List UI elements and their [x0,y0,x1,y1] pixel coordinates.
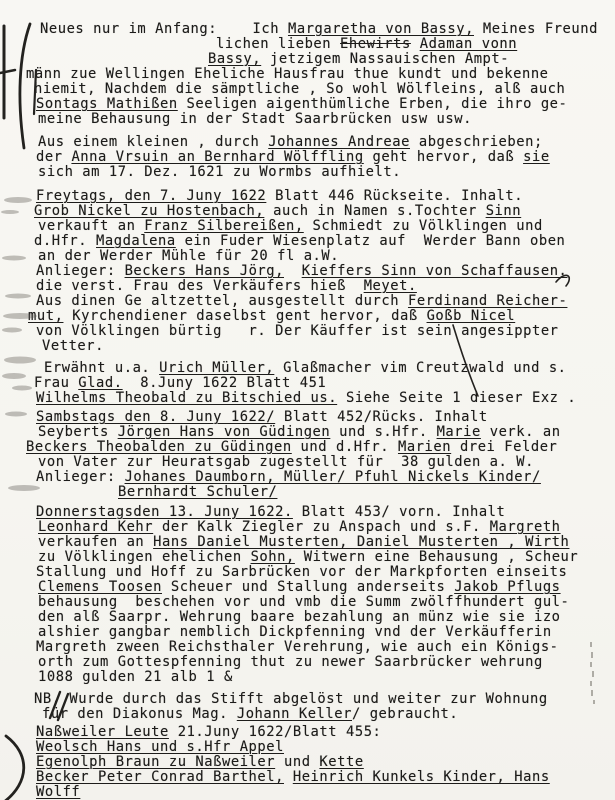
text-line-10: sich am 17. Dez. 1621 zu Wormbs aufhielt… [38,165,615,180]
underlined-text: Johann Keller [237,706,352,722]
text: Witwern eine Behausung , Scheur [295,549,578,565]
text: d.Hfr. [34,233,96,249]
text: Frau [34,375,78,391]
text: 21.Juny 1622/Blatt 455: [169,724,382,740]
underlined-text: Sontags Mathißen [36,96,178,112]
underlined-text: Margaretha von Bassy, [288,21,474,37]
text-line-48: Becker Peter Conrad Barthel, Heinrich Ku… [36,770,615,785]
text-line-49: Wolff [36,785,615,800]
text: Blatt 452/Rücks. Inhalt [275,409,488,425]
text: für den Diakonus Mag. [42,706,237,722]
text: Meines Freund [474,21,598,37]
text-line-24: Wilhelms Theobald zu Bitschied us. Siehe… [36,391,615,406]
text: / gebraucht. [352,706,458,722]
text-line-32: Leonhard Kehr der Kalk Ziegler zu Anspac… [38,520,615,535]
text: Neues nur im Anfang: Ich [40,21,288,37]
text: auch in Namen s.Tochter [264,203,485,219]
underlined-text: Grob Nickel zu Hostenbach, [34,203,264,219]
text: Siehe Seite 1 dieser Exz . [337,390,576,406]
text-line-20: von Völklingen bürtig r. Der Käuffer ist… [36,324,615,339]
text: abgeschrieben; [410,134,543,150]
text-line-18: Aus dinen Ge altzettel, ausgestellt durc… [36,294,615,309]
underlined-text: Anna Vrsuin an Bernhard Wölffling [71,149,363,165]
text-line-7: meine Behausung in der Stadt Saarbrücken… [38,112,615,127]
text: Kyrchendiener daselbst gent hervor, daß [63,308,426,324]
text: 1088 gulden 21 alb 1 & [38,669,233,685]
underlined-text: Becker Peter Conrad Barthel, [36,769,284,785]
text: Ehewirts [340,36,411,52]
underlined-text: Kieffers Sinn von Schaffausen. [302,263,568,279]
text: 8.Juny 1622 Blatt 451 [123,375,327,391]
text-line-2: lichen lieben Ehewirts Adaman vonn [216,37,615,52]
underlined-text: Sinn [486,203,521,219]
text: zu Völklingen ehelichen [38,549,251,565]
text-line-13: verkauft an Franz Silbereißen, Schmiedt … [38,219,615,234]
text: der Kalk Ziegler zu Anspach und s.F. [153,519,490,535]
text: Blatt 453/ vorn. Inhalt [293,504,506,520]
underlined-text: Goßb Nicel [427,308,516,324]
text-line-16: Anlieger: Beckers Hans Jörg, Kieffers Si… [36,264,615,279]
underlined-text: Naßweiler Leute [36,724,169,740]
text: lichen lieben [216,36,340,52]
underlined-text: Freytags, den 7. Juny 1622 [36,188,266,204]
text-line-37: behausung beschehen vor und vmb die Summ… [38,595,615,610]
text-line-3: Bassy, jetzigem Nassauischen Ampt- [208,52,615,67]
text [284,263,302,279]
text: Anlieger: [36,263,125,279]
text-line-33: verkaufen an Hans Daniel Musterten, Dani… [38,535,615,550]
text: die verst. Frau des Verkäufers hieß [36,278,364,294]
text-line-46: Weolsch Hans und s.Hfr Appel [36,740,615,755]
text: und [275,754,319,770]
text: Seeligen aigenthümliche Erben, die ihro … [178,96,568,112]
text: verk. an [481,424,561,440]
text-line-8: Aus einem kleinen , durch Johannes Andre… [38,135,615,150]
text: Blatt 446 Rückseite. Inhalt. [266,188,523,204]
text: Aus einem kleinen , durch [38,134,268,150]
text-line-28: von Vater zur Heuratsgab zugestellt für … [38,455,615,470]
text: Stallung und Hoff zu Sarbrücken vor der … [36,564,567,580]
underlined-text: Beckers Hans Jörg, [125,263,284,279]
text: Anlieger: [36,469,125,485]
text: den alß Saarpr. Wehrung baare bezahlung … [38,609,561,625]
text: Vetter. [42,338,104,354]
text-line-47: Egenolph Braun zu Naßweiler und Kette [36,755,615,770]
underlined-text: Magdalena [96,233,176,249]
text: alshier gangbar nemblich Dickpfenning vn… [38,624,552,640]
text: männ zue Wellingen Eheliche Hausfrau thu… [26,66,549,82]
underlined-text: Johannes Andreae [268,134,410,150]
text [284,769,293,785]
underlined-text: Marie [437,424,481,440]
underlined-text: Leonhard Kehr [38,519,153,535]
text-line-43: NB. Wurde durch das Stifft abgelöst und … [34,692,615,707]
text-line-17: die verst. Frau des Verkäufers hieß Meye… [36,279,615,294]
text: und d.Hfr. [292,439,398,455]
text: Scheuer und Stallung anderseits [162,579,454,595]
text: meine Behausung in der Stadt Saarbrücken… [38,111,472,127]
text-line-15: an der Werder Mühle für 20 fl a.W. [38,249,615,264]
text-line-36: Clemens Toosen Scheuer und Stallung ande… [38,580,615,595]
underlined-text: Beckers Theobalden zu Güdingen [26,439,292,455]
text: sich am 17. Dez. 1621 zu Wormbs aufhielt… [38,164,401,180]
underlined-text: mut, [28,308,63,324]
underlined-text: Egenolph Braun zu Naßweiler [36,754,275,770]
text: hiemit, Nachdem die sämptliche , So wohl… [34,81,565,97]
underlined-text: Sambstags den 8. Juny 1622/ [36,409,275,425]
text-line-31: Donnerstagsden 13. Juny 1622. Blatt 453/… [36,505,615,520]
document-lines: Neues nur im Anfang: Ich Margaretha von … [0,22,615,800]
text: verkaufen an [38,534,153,550]
scanned-document-page: Neues nur im Anfang: Ich Margaretha von … [0,0,615,800]
underlined-text: Marien [398,439,451,455]
text [411,36,420,52]
underlined-text: Glad. [78,375,122,391]
text-line-45: Naßweiler Leute 21.Juny 1622/Blatt 455: [36,725,615,740]
underlined-text: Jörgen Hans von Güdingen [118,424,331,440]
text: verkauft an [38,218,144,234]
underlined-text: Franz Silbereißen, [144,218,303,234]
text-line-25: Sambstags den 8. Juny 1622/ Blatt 452/Rü… [36,410,615,425]
text-line-9: der Anna Vrsuin an Bernhard Wölffling ge… [36,150,615,165]
text: orth zum Gottespfenning thut zu newer Sa… [38,654,543,670]
text: Margreth zween Reichsthaler Verehrung, w… [36,639,559,655]
text-line-35: Stallung und Hoff zu Sarbrücken vor der … [36,565,615,580]
underlined-text: Ferdinand Reicher- [408,293,567,309]
text: Glaßmacher vim Creutzwald und s. [274,360,566,376]
text-line-38: den alß Saarpr. Wehrung baare bezahlung … [38,610,615,625]
text-line-6: Sontags Mathißen Seeligen aigenthümliche… [36,97,615,112]
text-line-40: Margreth zween Reichsthaler Verehrung, w… [36,640,615,655]
underlined-text: Adaman vonn [420,36,517,52]
underlined-text: Sohn, [251,549,295,565]
text-line-42: 1088 gulden 21 alb 1 & [38,670,615,685]
underlined-text: Margreth [490,519,561,535]
underlined-text: Wolff [36,784,80,800]
text-line-1: Neues nur im Anfang: Ich Margaretha von … [40,22,615,37]
text: an der Werder Mühle für 20 fl a.W. [38,248,339,264]
text: jetzigem Nassauischen Ampt- [261,51,509,67]
underlined-text: Weolsch Hans und s.Hfr Appel [36,739,284,755]
text-line-23: Frau Glad. 8.Juny 1622 Blatt 451 [34,376,615,391]
underlined-text: Wilhelms Theobald zu Bitschied us. [36,390,337,406]
text: der [36,149,71,165]
underlined-text: Bernhardt Schuler/ [118,484,277,500]
text: Seyberts [38,424,118,440]
text: von Völklingen bürtig r. Der Käuffer ist… [36,323,559,339]
underlined-text: Bassy, [208,51,261,67]
text-line-30: Bernhardt Schuler/ [118,485,615,500]
text-line-22: Erwähnt u.a. Urich Müller, Glaßmacher vi… [44,361,615,376]
text-line-19: mut, Kyrchendiener daselbst gent hervor,… [28,309,615,324]
text-line-44: für den Diakonus Mag. Johann Keller/ geb… [42,707,615,722]
underlined-text: Johanes Daumborn, Müller/ Pfuhl Nickels … [125,469,541,485]
text-line-5: hiemit, Nachdem die sämptliche , So wohl… [34,82,615,97]
underlined-text: Clemens Toosen [38,579,162,595]
text: drei Felder [451,439,557,455]
text: Schmiedt zu Völklingen und [304,218,543,234]
text: Aus dinen Ge altzettel, ausgestellt durc… [36,293,408,309]
text-line-29: Anlieger: Johanes Daumborn, Müller/ Pfuh… [36,470,615,485]
text-line-11: Freytags, den 7. Juny 1622 Blatt 446 Rüc… [36,189,615,204]
underlined-text: Donnerstagsden 13. Juny 1622. [36,504,293,520]
underlined-text: sie [523,149,550,165]
underlined-text: Hans Daniel Musterten, Daniel Musterten … [153,534,569,550]
text: und s.Hfr. [330,424,436,440]
underlined-text: Jakob Pflugs [454,579,560,595]
text: behausung beschehen vor und vmb die Summ… [38,594,569,610]
underlined-text: Kette [319,754,363,770]
text: von Vater zur Heuratsgab zugestellt für … [38,454,534,470]
text-line-34: zu Völklingen ehelichen Sohn, Witwern ei… [38,550,615,565]
text: geht hervor, daß [364,149,523,165]
text-line-14: d.Hfr. Magdalena ein Fuder Wiesenplatz a… [34,234,615,249]
text-line-12: Grob Nickel zu Hostenbach, auch in Namen… [34,204,615,219]
underlined-text: Heinrich Kunkels Kinder, Hans [293,769,550,785]
text-line-4: männ zue Wellingen Eheliche Hausfrau thu… [26,67,615,82]
text-line-39: alshier gangbar nemblich Dickpfenning vn… [38,625,615,640]
text-line-41: orth zum Gottespfenning thut zu newer Sa… [38,655,615,670]
text-line-21: Vetter. [42,339,615,354]
underlined-text: Urich Müller, [159,360,274,376]
text: Erwähnt u.a. [44,360,159,376]
text: NB. Wurde durch das Stifft abgelöst und … [34,691,548,707]
text: ein Fuder Wiesenplatz auf Werder Bann ob… [176,233,566,249]
text-line-26: Seyberts Jörgen Hans von Güdingen und s.… [38,425,615,440]
underlined-text: Meyet. [364,278,417,294]
text-line-27: Beckers Theobalden zu Güdingen und d.Hfr… [26,440,615,455]
